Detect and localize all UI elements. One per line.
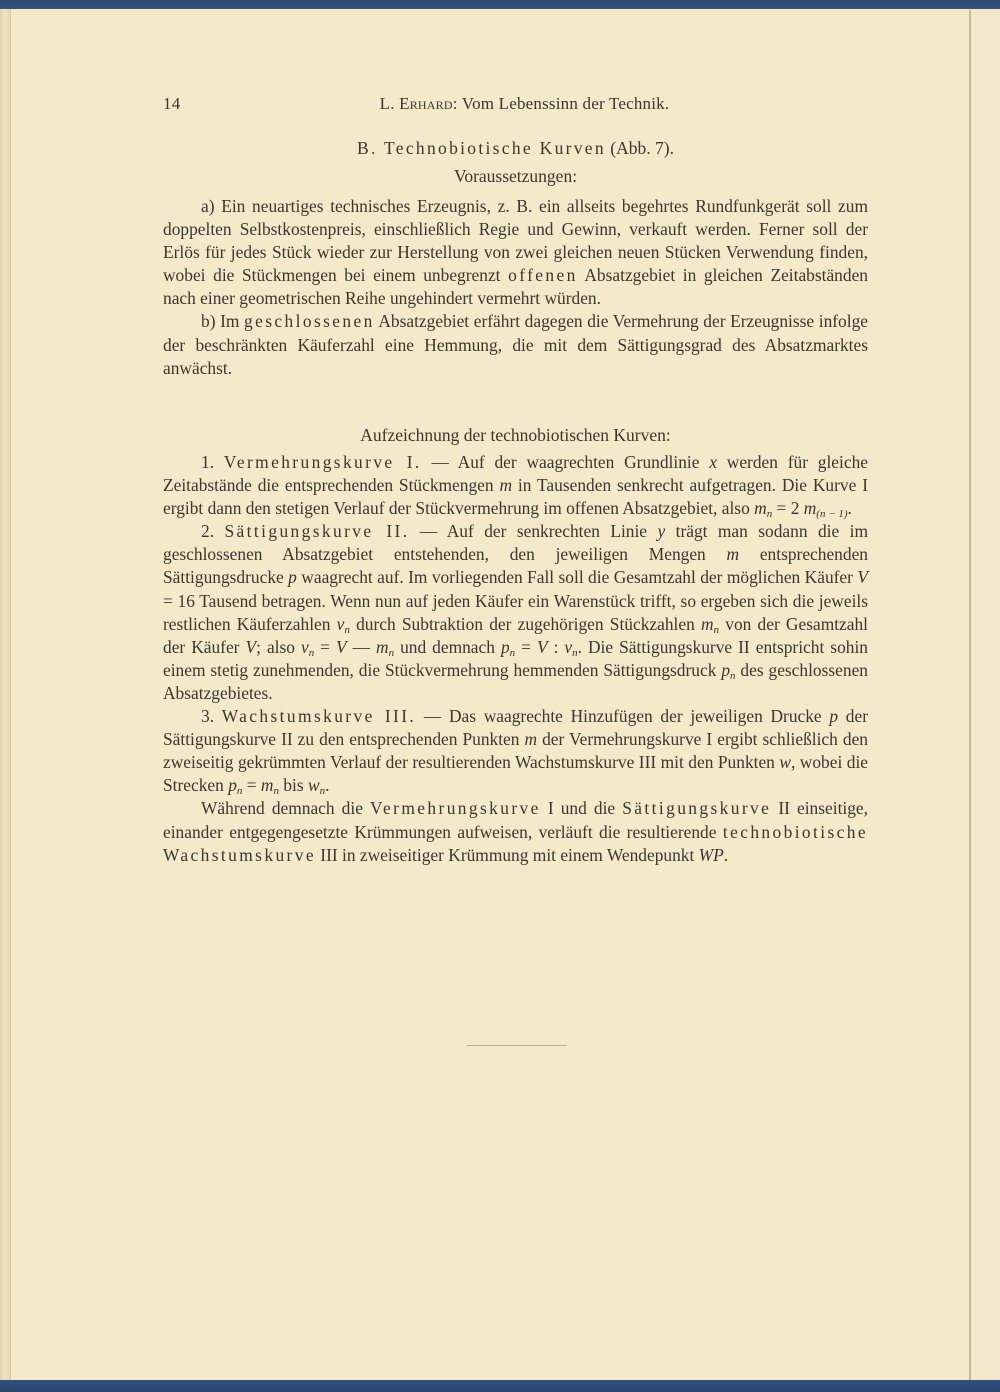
math-var: m (727, 544, 740, 564)
emphasis: geschlossenen (244, 311, 375, 331)
math-var: p (228, 775, 237, 795)
text: Während demnach die (201, 798, 370, 818)
math-var: m (804, 498, 817, 518)
math-var: m (701, 614, 714, 634)
text: und demnach (394, 637, 501, 657)
text: Im (216, 311, 245, 331)
author-name: L. Erhard (380, 94, 453, 113)
math-var: V (336, 637, 347, 657)
text: . (848, 498, 852, 518)
running-head-title: L. Erhard: Vom Lebenssinn der Technik. (163, 94, 868, 114)
text: . (325, 775, 329, 795)
text: I und die (541, 798, 622, 818)
math-var: V (857, 567, 868, 587)
text: ; also (256, 637, 301, 657)
emphasis: Sättigungskurve (622, 798, 771, 818)
recording-body: 1. Vermehrungskurve I. — Auf der waagrec… (163, 451, 868, 867)
curve-name: Sättigungskurve II. (224, 521, 409, 541)
text: — Das waagrechte Hinzufügen der jeweilig… (416, 706, 829, 726)
text: — Auf der senkrechten Linie (409, 521, 657, 541)
math-var: m (261, 775, 274, 795)
math-var: w (779, 752, 791, 772)
math-var: w (308, 775, 320, 795)
curve-name: Wachstumskurve III. (222, 706, 416, 726)
book-title: : Vom Lebenssinn der Technik. (453, 94, 670, 113)
math-op: = (515, 637, 537, 657)
text: bis (279, 775, 308, 795)
curve-name: Vermehrungskurve I. (224, 452, 422, 472)
math-var: p (721, 660, 730, 680)
emphasis: Vermehrungskurve (370, 798, 541, 818)
math-var: p (288, 567, 297, 587)
math-op: = (314, 637, 336, 657)
item-number: 2. (201, 521, 224, 541)
math-op: — (347, 637, 376, 657)
paragraph-item-3: 3. Wachstumskurve III. — Das waagrechte … (163, 705, 868, 797)
math-var: WP (699, 845, 724, 865)
math-var: p (829, 706, 838, 726)
paragraph-item-1: 1. Vermehrungskurve I. — Auf der waagrec… (163, 451, 868, 520)
math-var: V (537, 637, 548, 657)
recording-heading: Aufzeichnung der technobiotischen Kurven… (163, 425, 868, 446)
text: . (724, 845, 728, 865)
item-label: b) (201, 311, 216, 331)
running-head: 14 L. Erhard: Vom Lebenssinn der Technik… (163, 94, 868, 118)
math-var: m (754, 498, 767, 518)
math-op: : (548, 637, 565, 657)
math-var: v (564, 637, 572, 657)
paragraph-a: a) Ein neuartiges technisches Erzeugnis,… (163, 195, 868, 310)
math-op: = (242, 775, 261, 795)
paragraph-b: b) Im geschlossenen Absatzgebiet erfährt… (163, 310, 868, 379)
math-var: m (499, 475, 512, 495)
math-var: m (376, 637, 389, 657)
prerequisites-body: a) Ein neuartiges technisches Erzeugnis,… (163, 195, 868, 380)
math-subscript: (n − 1) (816, 508, 847, 520)
text: — Auf der waagrechten Grundlinie (422, 452, 710, 472)
paragraph-item-2: 2. Sättigungskurve II. — Auf der senkrec… (163, 520, 868, 705)
math-op: = 2 (772, 498, 804, 518)
item-number: 3. (201, 706, 222, 726)
text: waagrecht auf. Im vorliegenden Fall soll… (297, 567, 857, 587)
item-label: a) (201, 196, 215, 216)
math-var: v (301, 637, 309, 657)
section-title-text: B. Technobiotische Kurven (357, 138, 606, 158)
text: III in zweiseitiger Krümmung mit einem W… (316, 845, 699, 865)
book-page: 14 L. Erhard: Vom Lebenssinn der Technik… (0, 0, 1000, 1392)
math-var: p (501, 637, 510, 657)
math-var: x (709, 452, 717, 472)
text: durch Subtraktion der zugehörigen Stückz… (350, 614, 701, 634)
math-var: V (245, 637, 256, 657)
section-divider (467, 1045, 567, 1046)
prerequisites-heading: Voraussetzungen: (163, 166, 868, 187)
section-title: B. Technobiotische Kurven (Abb. 7). (163, 138, 868, 159)
item-number: 1. (201, 452, 224, 472)
paragraph-conclusion: Während demnach die Vermehrungskurve I u… (163, 797, 868, 866)
emphasis: offenen (508, 265, 578, 285)
section-figure-ref: (Abb. 7). (606, 138, 674, 158)
math-var: m (525, 729, 538, 749)
